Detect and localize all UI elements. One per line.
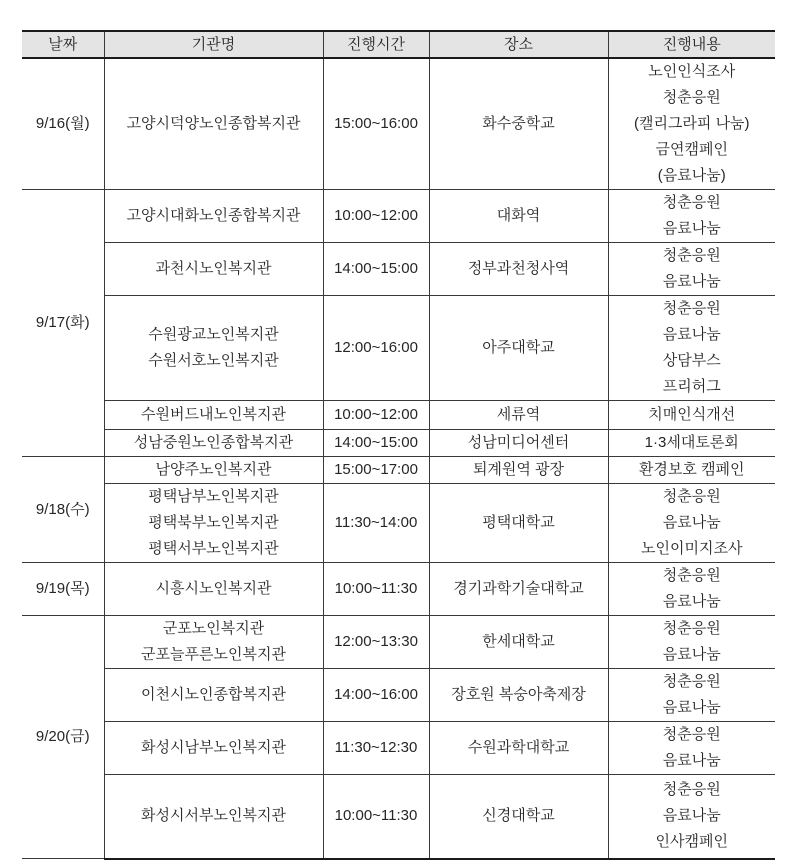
time-cell: 11:30~14:00 xyxy=(323,484,429,563)
org-line: 시흥시노인복지관 xyxy=(105,576,323,602)
time-cell: 15:00~17:00 xyxy=(323,457,429,484)
place-cell: 퇴계원역 광장 xyxy=(429,457,608,484)
schedule-table: 날짜 기관명 진행시간 장소 진행내용 9/16(월) 고양시덕양노인종합복지관… xyxy=(22,30,775,860)
org-line: 평택북부노인복지관 xyxy=(105,510,323,536)
org-cell: 고양시덕양노인종합복지관 xyxy=(104,58,323,190)
column-header-date: 날짜 xyxy=(22,31,104,58)
table-row: 9/18(수) 남양주노인복지관 15:00~17:00 퇴계원역 광장 환경보… xyxy=(22,457,775,484)
place-cell: 대화역 xyxy=(429,190,608,243)
content-cell: 청춘응원 음료나눔 노인이미지조사 xyxy=(608,484,775,563)
content-line: 음료나눔 xyxy=(609,589,776,615)
content-cell: 청춘응원 음료나눔 인사캠페인 xyxy=(608,775,775,859)
date-cell: 9/20(금) xyxy=(22,616,104,859)
place-cell: 성남미디어센터 xyxy=(429,430,608,457)
place-cell: 세류역 xyxy=(429,401,608,430)
time-cell: 11:30~12:30 xyxy=(323,722,429,775)
content-cell: 청춘응원 음료나눔 상담부스 프리허그 xyxy=(608,296,775,401)
content-line: 음료나눔 xyxy=(609,269,776,295)
content-line: 청춘응원 xyxy=(609,563,776,589)
time-cell: 15:00~16:00 xyxy=(323,58,429,190)
org-line: 수원광교노인복지관 xyxy=(105,322,323,348)
date-cell: 9/16(월) xyxy=(22,58,104,190)
table-body: 9/16(월) 고양시덕양노인종합복지관 15:00~16:00 화수중학교 노… xyxy=(22,58,775,859)
org-cell: 화성시서부노인복지관 xyxy=(104,775,323,859)
table-row: 9/16(월) 고양시덕양노인종합복지관 15:00~16:00 화수중학교 노… xyxy=(22,58,775,190)
org-line: 이천시노인종합복지관 xyxy=(105,682,323,708)
place-cell: 한세대학교 xyxy=(429,616,608,669)
org-cell: 평택남부노인복지관 평택북부노인복지관 평택서부노인복지관 xyxy=(104,484,323,563)
org-line: 화성시서부노인복지관 xyxy=(105,803,323,829)
content-cell: 청춘응원 음료나눔 xyxy=(608,243,775,296)
org-cell: 이천시노인종합복지관 xyxy=(104,669,323,722)
org-line: 고양시덕양노인종합복지관 xyxy=(105,111,323,137)
place-cell: 아주대학교 xyxy=(429,296,608,401)
content-line: 노인이미지조사 xyxy=(609,536,776,562)
org-line: 화성시남부노인복지관 xyxy=(105,735,323,761)
content-cell: 청춘응원 음료나눔 xyxy=(608,190,775,243)
content-line: 음료나눔 xyxy=(609,510,776,536)
time-cell: 14:00~15:00 xyxy=(323,243,429,296)
org-cell: 수원광교노인복지관 수원서호노인복지관 xyxy=(104,296,323,401)
time-cell: 10:00~11:30 xyxy=(323,775,429,859)
content-line: 음료나눔 xyxy=(609,695,776,721)
org-cell: 수원버드내노인복지관 xyxy=(104,401,323,430)
org-line: 평택서부노인복지관 xyxy=(105,536,323,562)
time-cell: 12:00~16:00 xyxy=(323,296,429,401)
content-cell: 청춘응원 음료나눔 xyxy=(608,563,775,616)
content-line: 프리허그 xyxy=(609,374,776,400)
time-cell: 12:00~13:30 xyxy=(323,616,429,669)
org-line: 평택남부노인복지관 xyxy=(105,484,323,510)
content-line: 청춘응원 xyxy=(609,190,776,216)
header-row: 날짜 기관명 진행시간 장소 진행내용 xyxy=(22,31,775,58)
content-line: 음료나눔 xyxy=(609,642,776,668)
content-cell: 환경보호 캠페인 xyxy=(608,457,775,484)
content-line: 청춘응원 xyxy=(609,484,776,510)
table-row: 수원버드내노인복지관 10:00~12:00 세류역 치매인식개선 xyxy=(22,401,775,430)
time-cell: 10:00~11:30 xyxy=(323,563,429,616)
table-row: 이천시노인종합복지관 14:00~16:00 장호원 복숭아축제장 청춘응원 음… xyxy=(22,669,775,722)
org-line: 남양주노인복지관 xyxy=(105,457,323,483)
table-row: 수원광교노인복지관 수원서호노인복지관 12:00~16:00 아주대학교 청춘… xyxy=(22,296,775,401)
content-cell: 1·3세대토론회 xyxy=(608,430,775,457)
content-line: 치매인식개선 xyxy=(609,402,776,428)
content-line: 음료나눔 xyxy=(609,322,776,348)
org-line: 성남중원노인종합복지관 xyxy=(105,430,323,456)
table-row: 화성시남부노인복지관 11:30~12:30 수원과학대학교 청춘응원 음료나눔 xyxy=(22,722,775,775)
org-cell: 화성시남부노인복지관 xyxy=(104,722,323,775)
table-row: 과천시노인복지관 14:00~15:00 정부과천청사역 청춘응원 음료나눔 xyxy=(22,243,775,296)
date-cell: 9/18(수) xyxy=(22,457,104,563)
content-line: 청춘응원 xyxy=(609,296,776,322)
content-line: 노인인식조사 xyxy=(609,59,776,85)
content-line: 인사캠페인 xyxy=(609,829,776,855)
content-cell: 청춘응원 음료나눔 xyxy=(608,722,775,775)
place-cell: 정부과천청사역 xyxy=(429,243,608,296)
content-line: 금연캠페인 xyxy=(609,137,776,163)
table-row: 9/20(금) 군포노인복지관 군포늘푸른노인복지관 12:00~13:30 한… xyxy=(22,616,775,669)
place-cell: 수원과학대학교 xyxy=(429,722,608,775)
content-line: (캘리그라피 나눔) xyxy=(609,111,776,137)
content-line: 청춘응원 xyxy=(609,85,776,111)
column-header-org: 기관명 xyxy=(104,31,323,58)
content-line: 청춘응원 xyxy=(609,616,776,642)
place-cell: 장호원 복숭아축제장 xyxy=(429,669,608,722)
content-line: (음료나눔) xyxy=(609,163,776,189)
content-cell: 치매인식개선 xyxy=(608,401,775,430)
time-cell: 14:00~15:00 xyxy=(323,430,429,457)
time-cell: 14:00~16:00 xyxy=(323,669,429,722)
content-line: 청춘응원 xyxy=(609,669,776,695)
content-line: 청춘응원 xyxy=(609,777,776,803)
table-header: 날짜 기관명 진행시간 장소 진행내용 xyxy=(22,31,775,58)
place-cell: 신경대학교 xyxy=(429,775,608,859)
content-line: 환경보호 캠페인 xyxy=(609,457,776,483)
org-line: 과천시노인복지관 xyxy=(105,256,323,282)
date-cell: 9/19(목) xyxy=(22,563,104,616)
column-header-content: 진행내용 xyxy=(608,31,775,58)
org-cell: 고양시대화노인종합복지관 xyxy=(104,190,323,243)
column-header-time: 진행시간 xyxy=(323,31,429,58)
org-cell: 성남중원노인종합복지관 xyxy=(104,430,323,457)
org-cell: 군포노인복지관 군포늘푸른노인복지관 xyxy=(104,616,323,669)
table-row: 9/17(화) 고양시대화노인종합복지관 10:00~12:00 대화역 청춘응… xyxy=(22,190,775,243)
org-cell: 과천시노인복지관 xyxy=(104,243,323,296)
org-line: 수원버드내노인복지관 xyxy=(105,402,323,428)
time-cell: 10:00~12:00 xyxy=(323,401,429,430)
content-line: 음료나눔 xyxy=(609,748,776,774)
table-row: 화성시서부노인복지관 10:00~11:30 신경대학교 청춘응원 음료나눔 인… xyxy=(22,775,775,859)
place-cell: 경기과학기술대학교 xyxy=(429,563,608,616)
org-line: 고양시대화노인종합복지관 xyxy=(105,203,323,229)
table-row: 9/19(목) 시흥시노인복지관 10:00~11:30 경기과학기술대학교 청… xyxy=(22,563,775,616)
content-cell: 노인인식조사 청춘응원 (캘리그라피 나눔) 금연캠페인 (음료나눔) xyxy=(608,58,775,190)
place-cell: 평택대학교 xyxy=(429,484,608,563)
time-cell: 10:00~12:00 xyxy=(323,190,429,243)
content-cell: 청춘응원 음료나눔 xyxy=(608,669,775,722)
column-header-place: 장소 xyxy=(429,31,608,58)
content-line: 청춘응원 xyxy=(609,722,776,748)
content-cell: 청춘응원 음료나눔 xyxy=(608,616,775,669)
table-row: 성남중원노인종합복지관 14:00~15:00 성남미디어센터 1·3세대토론회 xyxy=(22,430,775,457)
date-cell: 9/17(화) xyxy=(22,190,104,457)
org-cell: 남양주노인복지관 xyxy=(104,457,323,484)
content-line: 음료나눔 xyxy=(609,803,776,829)
content-line: 상담부스 xyxy=(609,348,776,374)
document-page: 날짜 기관명 진행시간 장소 진행내용 9/16(월) 고양시덕양노인종합복지관… xyxy=(0,0,800,862)
org-cell: 시흥시노인복지관 xyxy=(104,563,323,616)
org-line: 군포늘푸른노인복지관 xyxy=(105,642,323,668)
org-line: 군포노인복지관 xyxy=(105,616,323,642)
content-line: 음료나눔 xyxy=(609,216,776,242)
content-line: 1·3세대토론회 xyxy=(609,430,776,456)
table-row: 평택남부노인복지관 평택북부노인복지관 평택서부노인복지관 11:30~14:0… xyxy=(22,484,775,563)
org-line: 수원서호노인복지관 xyxy=(105,348,323,374)
content-line: 청춘응원 xyxy=(609,243,776,269)
place-cell: 화수중학교 xyxy=(429,58,608,190)
